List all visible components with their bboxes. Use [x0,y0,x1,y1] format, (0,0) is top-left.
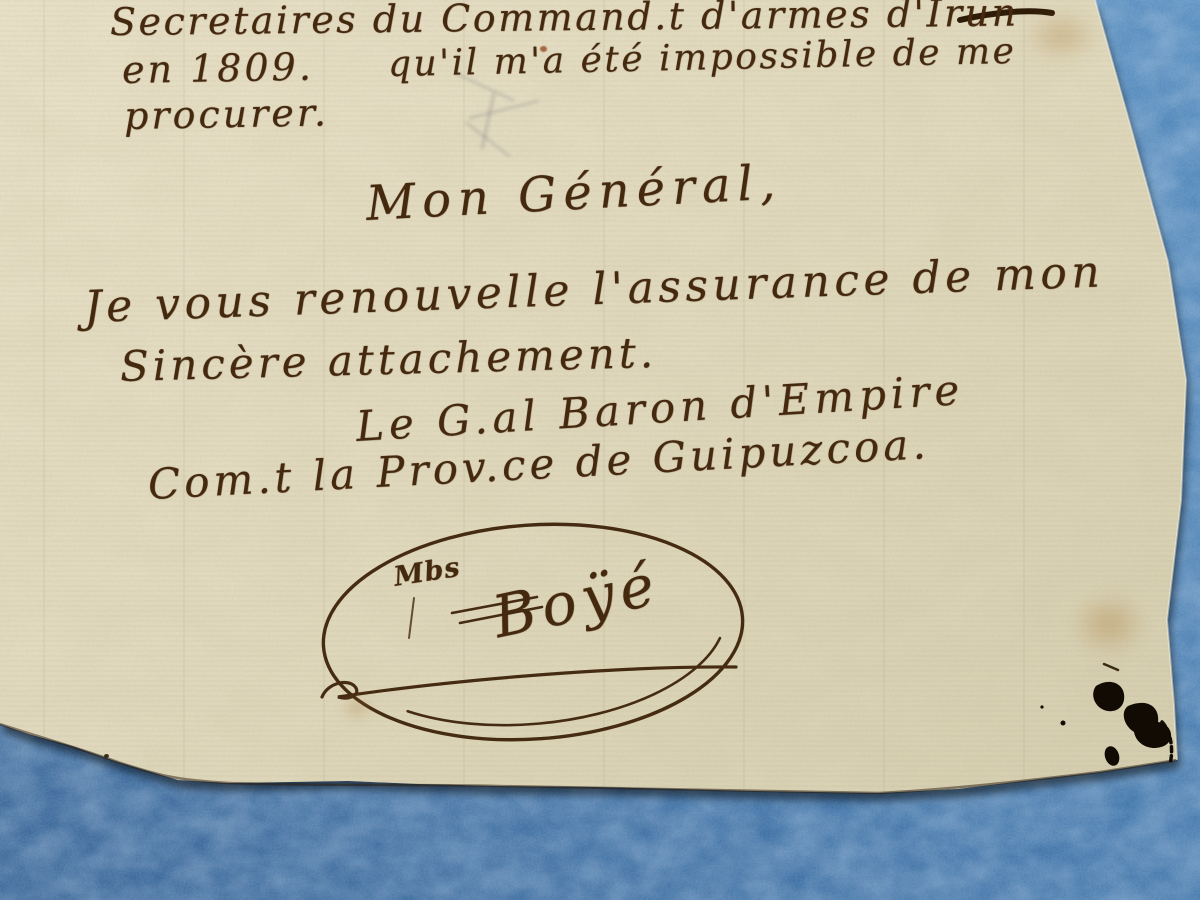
letter-line-year: en 1809. [122,45,315,92]
oval-pen-skip [409,598,414,638]
letter-line-procurer: procurer. [124,90,330,138]
photograph-of-handwritten-letter: Secretaires du Command.t d'armes d'Irun … [0,0,1200,900]
